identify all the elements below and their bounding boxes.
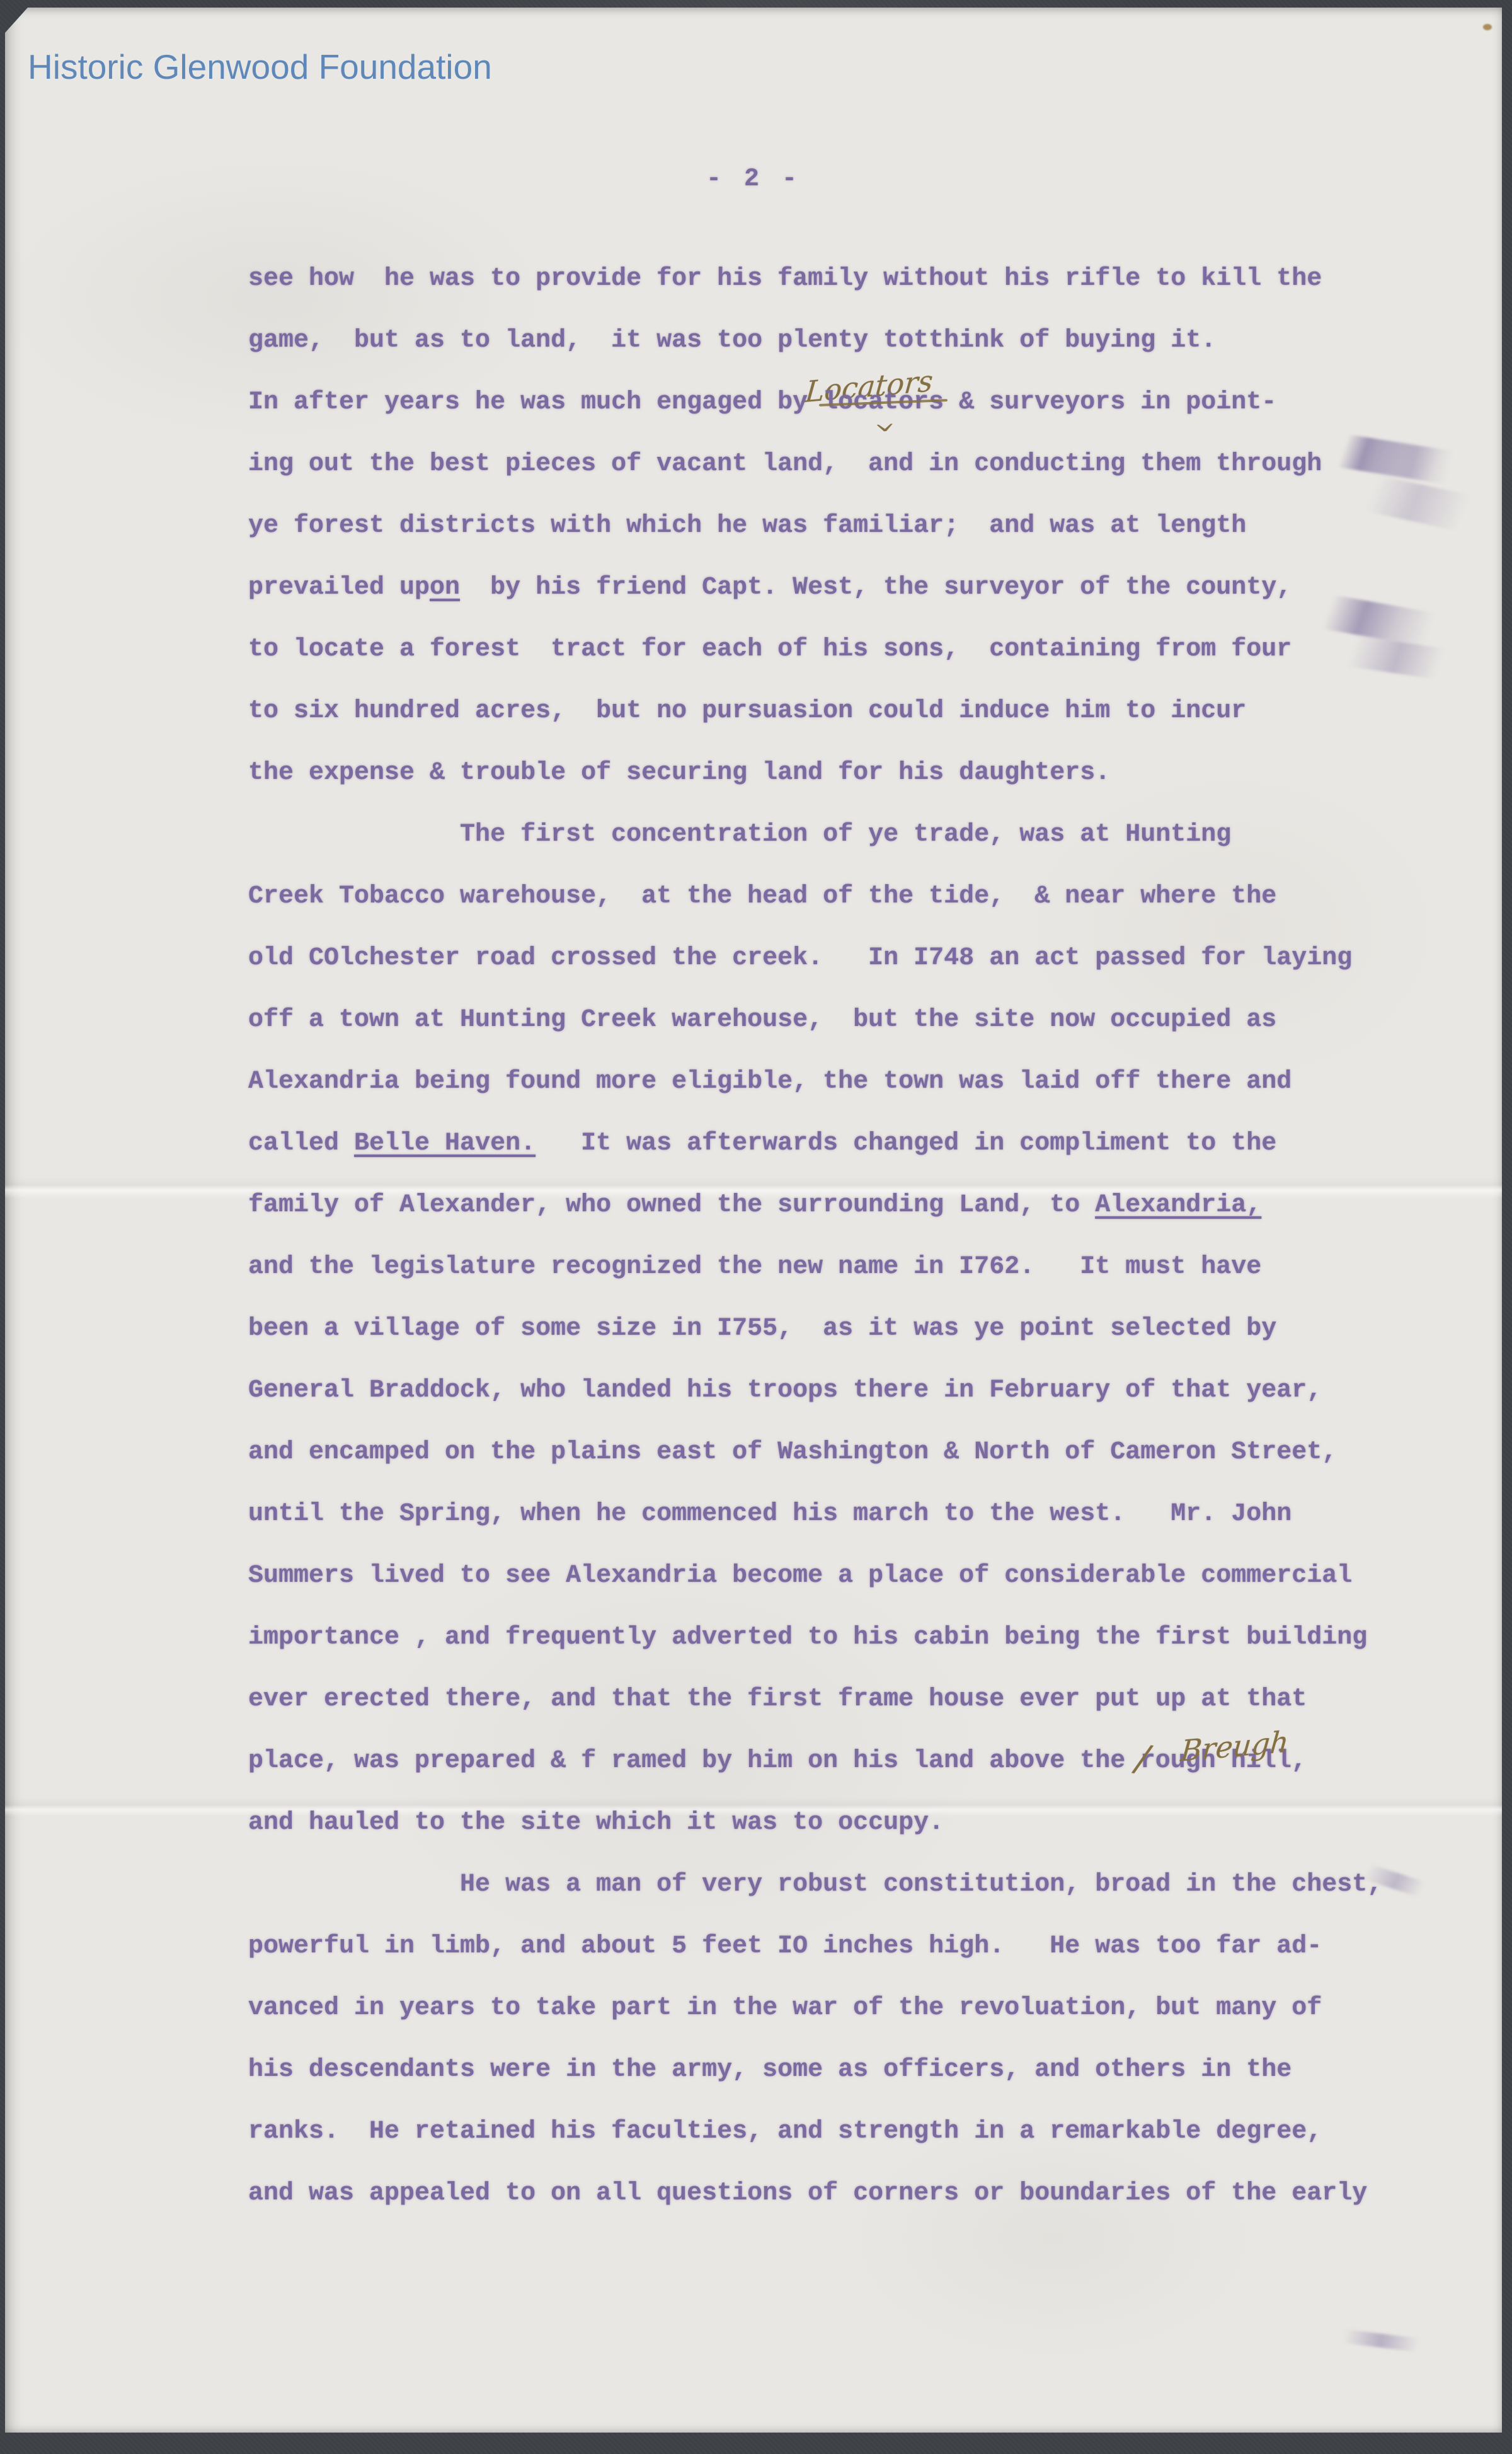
- insertion-caret-icon: /: [1137, 1758, 1148, 1760]
- handwritten-insertion: Breugh/rough hill,: [1140, 1731, 1307, 1792]
- typed-line-with-underline: prevailed upon by his friend Capt. West,…: [248, 557, 1376, 619]
- typed-line: see how he was to provide for his family…: [248, 248, 1376, 310]
- typed-line: game, but as to land, it was too plenty …: [248, 310, 1376, 372]
- typed-line: vanced in years to take part in the war …: [248, 1978, 1376, 2039]
- typed-line-with-insertion: place, was prepared & f ramed by him on …: [248, 1731, 1376, 1792]
- typed-line: The first concentration of ye trade, was…: [248, 804, 1376, 866]
- typed-text: family of Alexander, who owned the surro…: [248, 1191, 1095, 1219]
- typed-line: Alexandria being found more eligible, th…: [248, 1051, 1376, 1113]
- typed-line: importance , and frequently adverted to …: [248, 1607, 1376, 1669]
- typed-line: his descendants were in the army, some a…: [248, 2039, 1376, 2101]
- typed-text: prevailed up: [248, 573, 430, 602]
- watermark-text: Historic Glenwood Foundation: [28, 47, 492, 87]
- ink-smudge-mark: [1357, 473, 1501, 538]
- typed-text: called: [248, 1129, 354, 1158]
- typed-line-with-underline: family of Alexander, who owned the surro…: [248, 1175, 1376, 1236]
- typed-line: powerful in limb, and about 5 feet IO in…: [248, 1916, 1376, 1978]
- typed-line: Creek Tobacco warehouse, at the head of …: [248, 866, 1376, 928]
- typed-line-with-correction: In after years he was much engaged by Lo…: [248, 372, 1376, 434]
- typed-text: place, was prepared & f ramed by him on …: [248, 1747, 1140, 1775]
- underlined-text: on: [430, 573, 460, 602]
- paper-stain-dot: [1483, 24, 1492, 30]
- underlined-text: Belle Haven.: [354, 1129, 535, 1158]
- typed-line: off a town at Hunting Creek warehouse, b…: [248, 989, 1376, 1051]
- typed-line: been a village of some size in I755, as …: [248, 1298, 1376, 1360]
- typed-line-with-underline: called Belle Haven. It was afterwards ch…: [248, 1113, 1376, 1175]
- strikethrough-correction: Locatorslocators^: [823, 372, 944, 434]
- typed-line: and was appealed to on all questions of …: [248, 2163, 1376, 2225]
- typed-line: to locate a forest tract for each of his…: [248, 619, 1376, 681]
- typed-text: It was afterwards changed in compliment …: [535, 1129, 1276, 1158]
- ink-smudge-mark: [1335, 2328, 1436, 2354]
- typed-line: ye forest districts with which he was fa…: [248, 495, 1376, 557]
- document-body-text: see how he was to provide for his family…: [248, 248, 1376, 2225]
- underlined-text: Alexandria,: [1095, 1191, 1261, 1219]
- typed-line: to six hundred acres, but no pursuasion …: [248, 681, 1376, 742]
- typed-line: General Braddock, who landed his troops …: [248, 1360, 1376, 1422]
- typed-text: & surveyors in point-: [944, 388, 1276, 417]
- typed-line: the expense & trouble of securing land f…: [248, 742, 1376, 804]
- scan-background: { "watermark": { "text": "Historic Glenw…: [0, 0, 1512, 2454]
- typed-line: and encamped on the plains east of Washi…: [248, 1422, 1376, 1483]
- paper: Historic Glenwood Foundation - 2 - see h…: [5, 8, 1502, 2433]
- handwritten-correction: Breugh: [1180, 1727, 1290, 1765]
- typed-line: ever erected there, and that the first f…: [248, 1669, 1376, 1731]
- typed-line: and the legislature recognized the new n…: [248, 1236, 1376, 1298]
- typed-line: ing out the best pieces of vacant land, …: [248, 434, 1376, 495]
- typed-line: ranks. He retained his faculties, and st…: [248, 2101, 1376, 2163]
- typed-line: and hauled to the site which it was to o…: [248, 1792, 1376, 1854]
- typed-line: Summers lived to see Alexandria become a…: [248, 1545, 1376, 1607]
- typed-line: until the Spring, when he commenced his …: [248, 1483, 1376, 1545]
- typed-line: old COlchester road crossed the creek. I…: [248, 928, 1376, 989]
- typed-line: He was a man of very robust constitution…: [248, 1854, 1376, 1916]
- insertion-caret-icon: ^: [873, 408, 895, 434]
- typed-text: by his friend Capt. West, the surveyor o…: [460, 573, 1291, 602]
- typed-text: In after years he was much engaged by: [248, 388, 823, 417]
- page-number: - 2 -: [5, 165, 1502, 193]
